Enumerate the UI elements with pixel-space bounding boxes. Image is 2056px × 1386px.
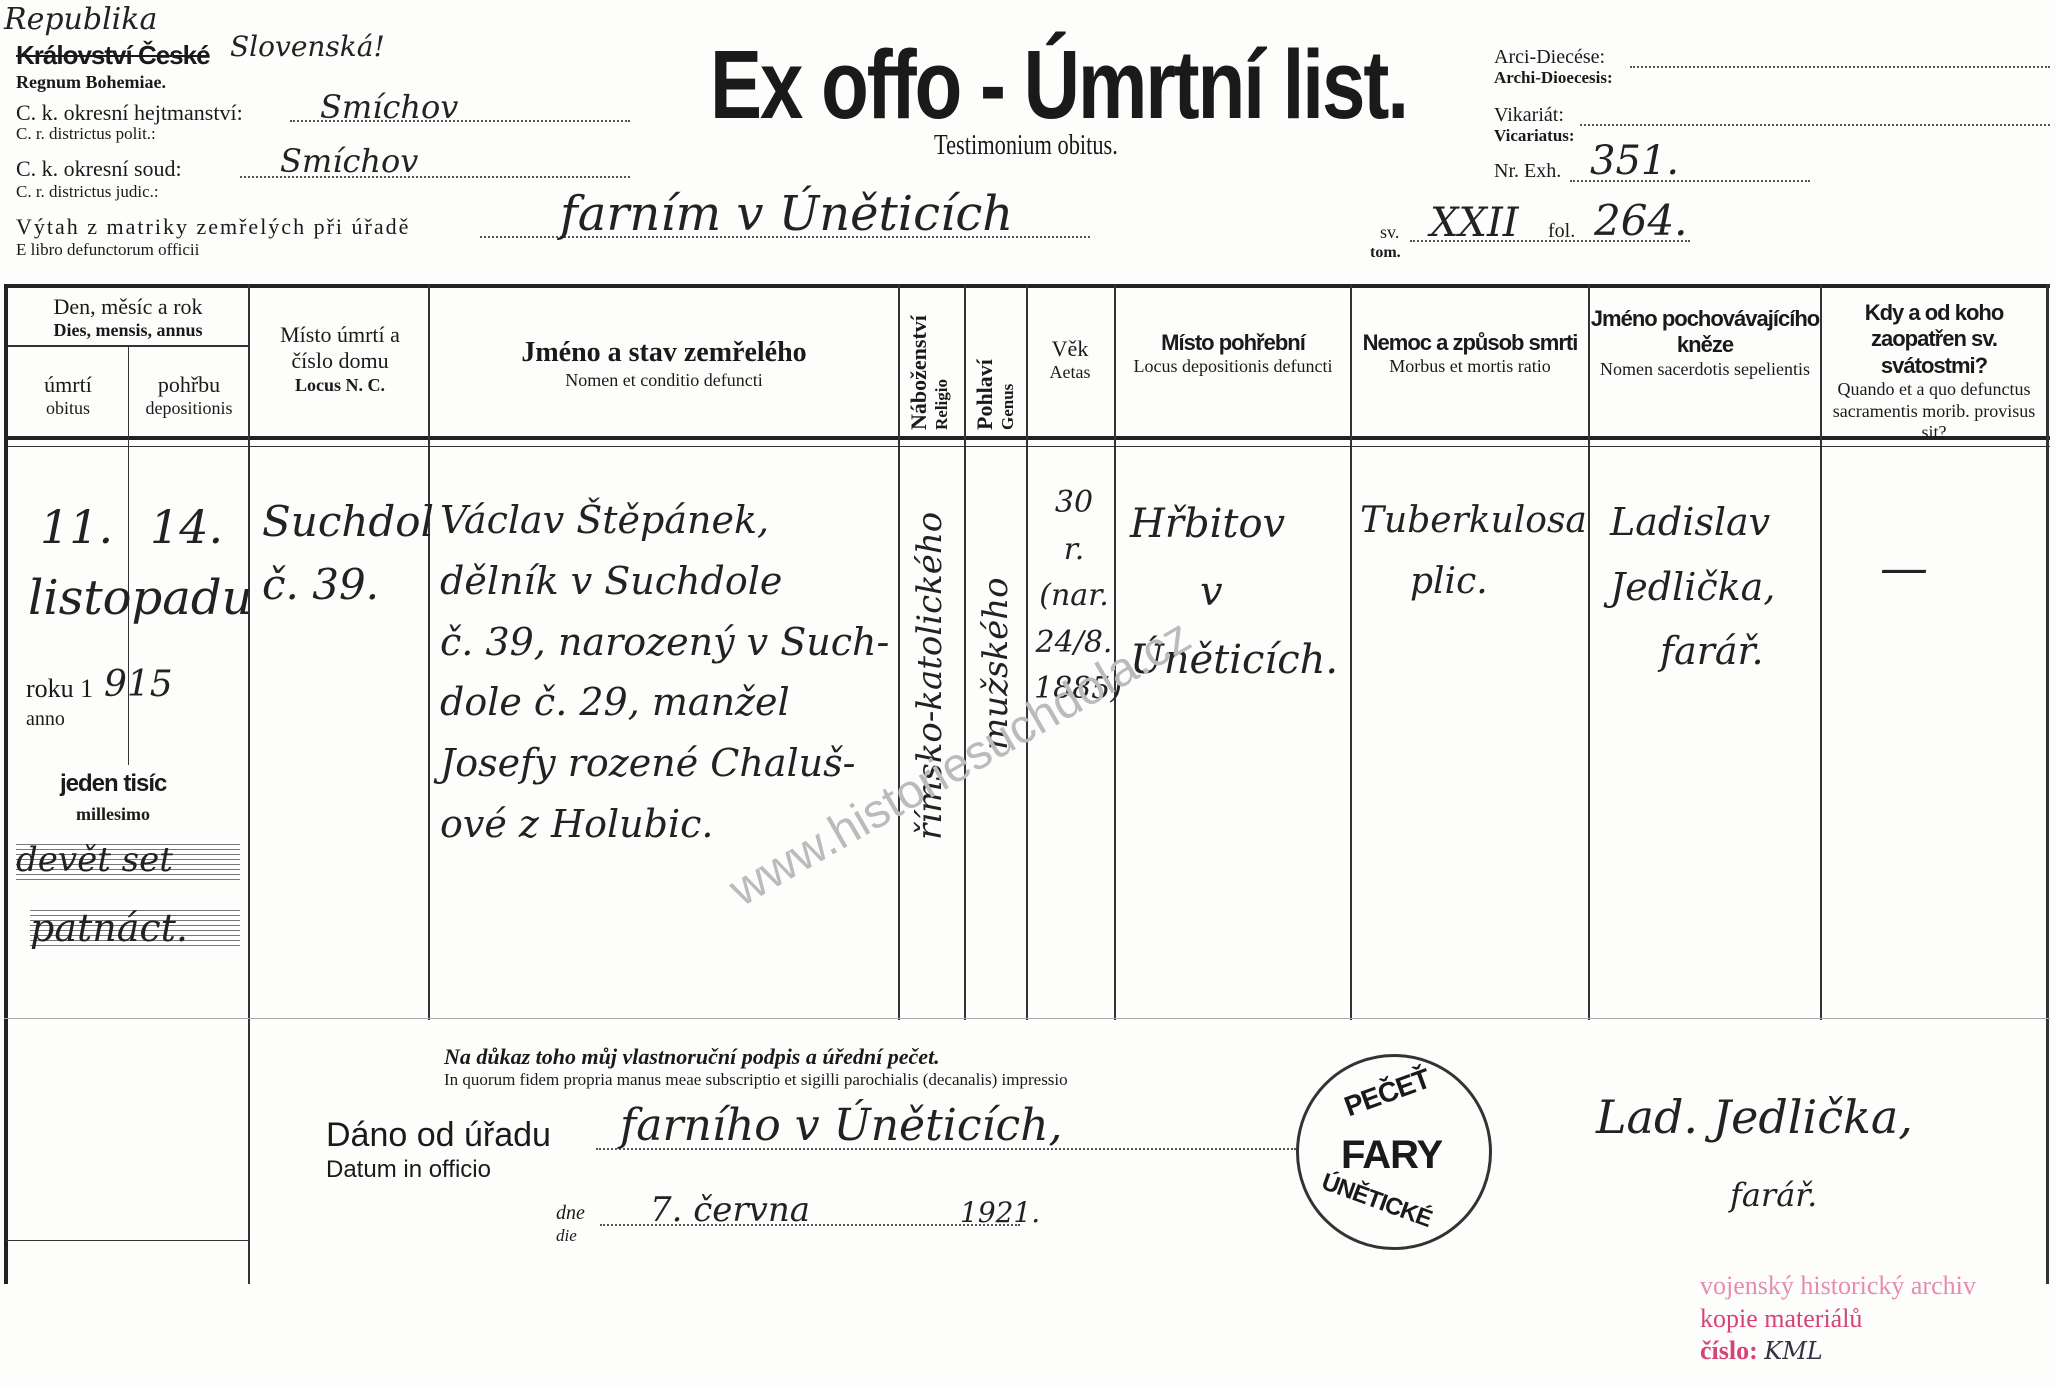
vicariate-la: Vicariatus:	[1494, 126, 1575, 146]
month: listopadu	[28, 570, 253, 626]
year-label: roku 1	[26, 674, 93, 704]
death-day: 11.	[40, 500, 113, 554]
handwritten-republika: Republika	[4, 2, 157, 37]
thousand-la: millesimo	[76, 804, 150, 825]
signature-title: farář.	[1730, 1176, 1817, 1214]
date-value: 7. června	[650, 1190, 810, 1230]
col-burial-place: Místo pohřební Locus depositionis defunc…	[1116, 330, 1350, 378]
nr-exh-value: 351.	[1590, 138, 1679, 184]
col-name: Jméno a stav zemřelého Nomen et conditio…	[430, 336, 898, 391]
attest-cz: Na důkaz toho můj vlastnoruční podpis a …	[444, 1044, 940, 1070]
page-subtitle: Testimonium obitus.	[934, 130, 1118, 162]
nr-exh-label: Nr. Exh.	[1494, 160, 1561, 183]
issued-la: Datum in officio	[326, 1156, 491, 1184]
archive-stamp: vojenský historický archiv kopie materiá…	[1700, 1270, 1976, 1368]
attest-la: In quorum fidem propria manus meae subsc…	[444, 1070, 1068, 1090]
place-of-death: Suchdol č. 39.	[262, 490, 422, 616]
vicariate-line	[1580, 124, 2050, 126]
district-judic-la: C. r. districtus judic.:	[16, 182, 159, 202]
vicariate-cz: Vikariát:	[1494, 104, 1564, 127]
issued-cz: Dáno od úřadu	[326, 1116, 551, 1155]
extract-la: E libro defunctorum officii	[16, 240, 199, 260]
volume-label-la: tom.	[1370, 244, 1401, 262]
folio-label: fol.	[1548, 220, 1575, 243]
extract-cz: Výtah z matriky zemřelých při úřadě	[16, 214, 410, 240]
col-religion: Náboženství Religio	[906, 315, 952, 430]
col-death: úmrtí obitus	[8, 372, 128, 420]
signature: Lad. Jedlička,	[1596, 1090, 1913, 1144]
col-age: Věk Aetas	[1030, 336, 1110, 384]
kingdom-la: Regnum Bohemiae.	[16, 72, 166, 93]
district-judic-cz: C. k. okresní soud:	[16, 156, 182, 182]
col-burial: pohřbu depositionis	[130, 372, 248, 420]
parish-seal: PEČEŤ FARY ÚNĚTICKÉ	[1296, 1054, 1492, 1250]
hundreds-written: devět set	[16, 840, 240, 880]
kingdom-handwritten: Slovenská!	[230, 30, 385, 63]
disease-value: Tuberkulosa plic.	[1360, 490, 1588, 612]
col-sex: Pohlaví Genus	[972, 359, 1018, 430]
priest-value: Ladislav Jedlička, farář.	[1610, 490, 1820, 684]
kingdom-cz: Království České	[16, 40, 210, 71]
district-judic-value: Smíchov	[280, 142, 418, 180]
year-label-la: anno	[26, 708, 65, 731]
district-polit-value: Smíchov	[320, 88, 458, 126]
col-disease: Nemoc a způsob smrti Morbus et mortis ra…	[1352, 330, 1588, 378]
volume-label: sv.	[1380, 222, 1399, 243]
col-date-group: Den, měsíc a rok Dies, mensis, annus	[8, 294, 248, 342]
units-written: patnáct.	[30, 906, 240, 950]
extract-value: farním v Úněticích	[560, 186, 1013, 242]
archdiocese-la: Archi-Dioecesis:	[1494, 68, 1613, 88]
archdiocese-line	[1630, 66, 2050, 68]
deceased-name: Václav Štěpánek, dělník v Suchdole č. 39…	[440, 490, 890, 855]
col-place: Místo úmrtí a číslo domu Locus N. C.	[260, 322, 420, 396]
burial-day: 14.	[150, 500, 223, 554]
folio-value: 264.	[1594, 196, 1688, 245]
district-polit-la: C. r. districtus polit.:	[16, 124, 156, 144]
col-sacraments: Kdy a od koho zaopatřen sv. svátostmi? Q…	[1822, 300, 2046, 444]
date-year: 1921.	[960, 1196, 1040, 1229]
date-label-cz: dne	[556, 1202, 585, 1225]
archdiocese-cz: Arci-Diecése:	[1494, 46, 1605, 69]
year-value: 915	[104, 664, 173, 705]
district-polit-cz: C. k. okresní hejtmanství:	[16, 100, 243, 126]
thousand-cz: jeden tisíc	[60, 770, 166, 798]
volume-value: XXII	[1430, 200, 1519, 246]
page-title: Ex offo - Úmrtní list.	[710, 28, 1407, 142]
date-label-la: die	[556, 1226, 577, 1246]
issued-value: farního v Úněticích,	[620, 1100, 1063, 1151]
sacraments-value: —	[1880, 540, 1928, 596]
col-priest: Jméno pochovávajícího kněze Nomen sacerd…	[1590, 306, 1820, 380]
